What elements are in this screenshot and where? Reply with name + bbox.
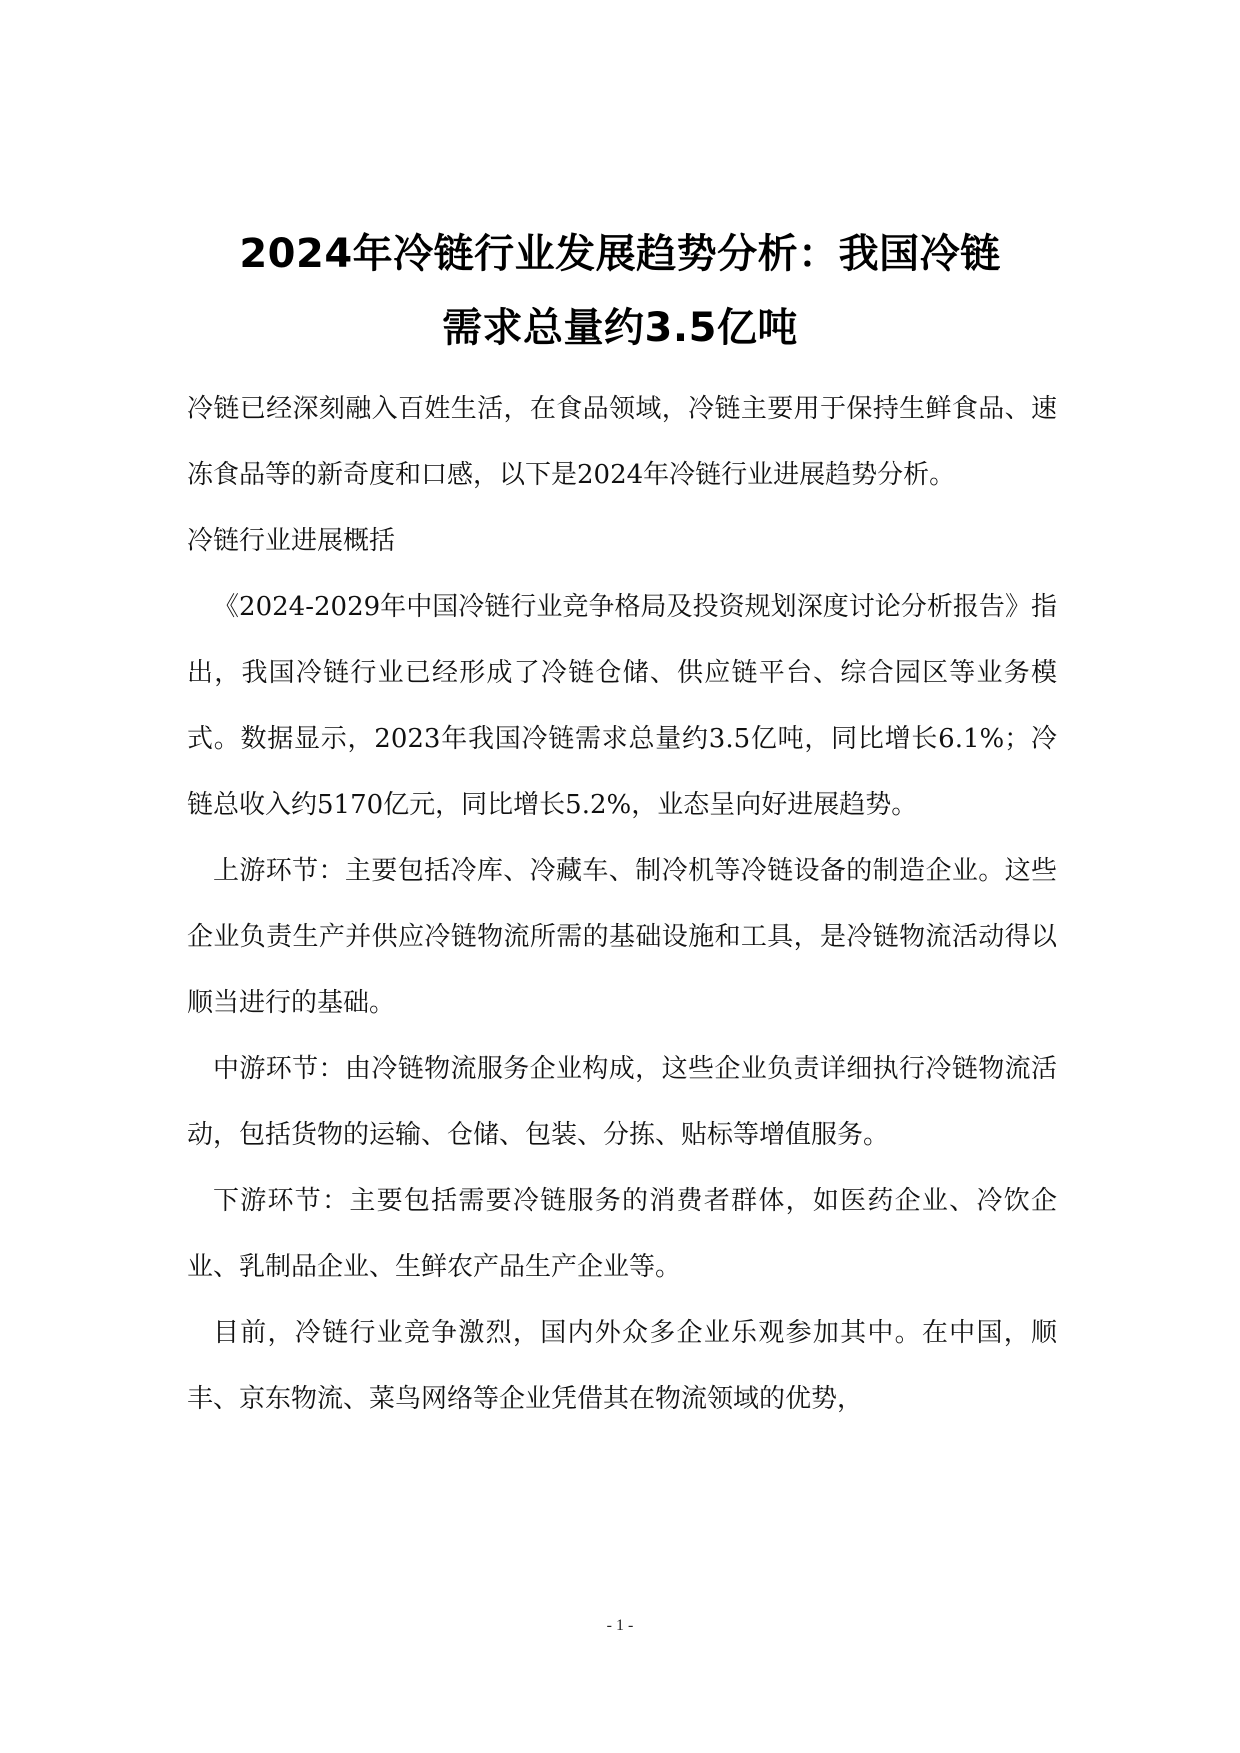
intro-paragraph: 冷链已经深刻融入百姓生活，在食品领域，冷链主要用于保持生鲜食品、速冻食品等的新奇…: [187, 376, 1057, 508]
midstream-paragraph: 中游环节：由冷链物流服务企业构成，这些企业负责详细执行冷链物流活动，包括货物的运…: [187, 1036, 1057, 1168]
section-heading-overview: 冷链行业进展概括: [187, 508, 1057, 574]
document-body: 冷链已经深刻融入百姓生活，在食品领域，冷链主要用于保持生鲜食品、速冻食品等的新奇…: [187, 376, 1057, 1432]
downstream-paragraph: 下游环节：主要包括需要冷链服务的消费者群体，如医药企业、冷饮企业、乳制品企业、生…: [187, 1168, 1057, 1300]
document-title: 2024年冷链行业发展趋势分析：我国冷链 需求总量约3.5亿吨: [150, 217, 1090, 365]
upstream-paragraph: 上游环节：主要包括冷库、冷藏车、制冷机等冷链设备的制造企业。这些企业负责生产并供…: [187, 838, 1057, 1036]
competition-paragraph: 目前，冷链行业竞争激烈，国内外众多企业乐观参加其中。在中国，顺丰、京东物流、菜鸟…: [187, 1300, 1057, 1432]
report-paragraph: 《2024-2029年中国冷链行业竞争格局及投资规划深度讨论分析报告》指出，我国…: [187, 574, 1057, 838]
page-number: - 1 -: [0, 1617, 1240, 1635]
document-page: 2024年冷链行业发展趋势分析：我国冷链 需求总量约3.5亿吨 冷链已经深刻融入…: [0, 0, 1240, 1753]
title-line-2: 需求总量约3.5亿吨: [150, 291, 1090, 365]
title-line-1: 2024年冷链行业发展趋势分析：我国冷链: [150, 217, 1090, 291]
